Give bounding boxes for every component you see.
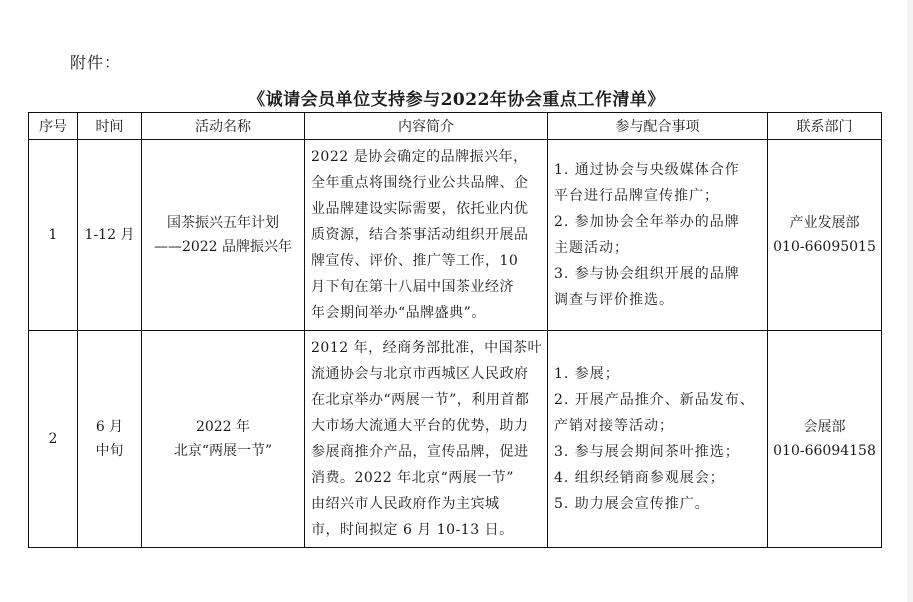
item-line: 平台进行品牌宣传推广； bbox=[554, 183, 763, 209]
item-line: 产销对接等活动； bbox=[554, 413, 763, 439]
desc-line: 大市场大流通大平台的优势，助力 bbox=[311, 413, 543, 439]
desc-line: 牌宣传、评价、推广等工作，10 bbox=[311, 248, 543, 274]
desc-line: 月下旬在第十八届中国茶业经济 bbox=[311, 274, 543, 300]
desc-line: 2022 是协会确定的品牌振兴年， bbox=[311, 144, 543, 170]
header-index: 序号 bbox=[29, 113, 78, 140]
desc-line: 市，时间拟定 6 月 10-13 日。 bbox=[311, 517, 543, 543]
table-header-row: 序号 时间 活动名称 内容简介 参与配合事项 联系部门 bbox=[29, 113, 882, 140]
row-activity: 2022 年 北京“两展一节” bbox=[142, 331, 305, 548]
header-department: 联系部门 bbox=[768, 113, 882, 140]
desc-line: 由绍兴市人民政府作为主宾城 bbox=[311, 491, 543, 517]
time-line: 1-12 月 bbox=[78, 223, 141, 247]
desc-line: 全年重点将围绕行业公共品牌、企 bbox=[311, 170, 543, 196]
row-department: 产业发展部 010-66095015 bbox=[768, 140, 882, 331]
attachment-label: 附件： bbox=[70, 50, 121, 73]
row-items: 1. 通过协会与央级媒体合作 平台进行品牌宣传推广； 2. 参加协会全年举办的品… bbox=[548, 140, 768, 331]
document-title: 《诚请会员单位支持参与2022年协会重点工作清单》 bbox=[0, 85, 913, 110]
desc-line: 年会期间举办“品牌盛典”。 bbox=[311, 300, 543, 326]
table-row: 2 6 月 中旬 2022 年 北京“两展一节” 2012 年，经商务部批准，中… bbox=[29, 331, 882, 548]
row-description: 2022 是协会确定的品牌振兴年， 全年重点将围绕行业公共品牌、企 业品牌建设实… bbox=[305, 140, 548, 331]
item-line: 1. 通过协会与央级媒体合作 bbox=[554, 157, 763, 183]
header-activity: 活动名称 bbox=[142, 113, 305, 140]
item-line: 2. 参加协会全年举办的品牌 bbox=[554, 209, 763, 235]
item-line: 调查与评价推选。 bbox=[554, 287, 763, 313]
item-line: 2. 开展产品推介、新品发布、 bbox=[554, 387, 763, 413]
activity-line: 国茶振兴五年计划 bbox=[142, 211, 304, 235]
activity-line: 2022 年 bbox=[142, 415, 304, 439]
item-line: 主题活动； bbox=[554, 235, 763, 261]
desc-line: 质资源，结合茶事活动组织开展品 bbox=[311, 222, 543, 248]
desc-line: 在北京举办“两展一节”，利用首都 bbox=[311, 387, 543, 413]
row-items: 1. 参展； 2. 开展产品推介、新品发布、 产销对接等活动； 3. 参与展会期… bbox=[548, 331, 768, 548]
department-name: 会展部 bbox=[768, 415, 881, 439]
desc-line: 业品牌建设实际需要，依托业内优 bbox=[311, 196, 543, 222]
work-list-table: 序号 时间 活动名称 内容简介 参与配合事项 联系部门 1 1-12 月 国茶振… bbox=[28, 112, 882, 548]
activity-line: ——2022 品牌振兴年 bbox=[142, 235, 304, 259]
desc-line: 流通协会与北京市西城区人民政府 bbox=[311, 361, 543, 387]
department-phone: 010-66094158 bbox=[768, 439, 881, 463]
row-time: 1-12 月 bbox=[78, 140, 142, 331]
desc-line: 2012 年，经商务部批准，中国茶叶 bbox=[311, 335, 543, 361]
row-description: 2012 年，经商务部批准，中国茶叶 流通协会与北京市西城区人民政府 在北京举办… bbox=[305, 331, 548, 548]
time-line: 6 月 bbox=[78, 415, 141, 439]
item-line: 3. 参与展会期间茶叶推选； bbox=[554, 439, 763, 465]
row-index: 2 bbox=[29, 331, 78, 548]
item-line: 5. 助力展会宣传推广。 bbox=[554, 491, 763, 517]
header-items: 参与配合事项 bbox=[548, 113, 768, 140]
row-activity: 国茶振兴五年计划 ——2022 品牌振兴年 bbox=[142, 140, 305, 331]
item-line: 3. 参与协会组织开展的品牌 bbox=[554, 261, 763, 287]
row-index: 1 bbox=[29, 140, 78, 331]
time-line: 中旬 bbox=[78, 439, 141, 463]
department-phone: 010-66095015 bbox=[768, 235, 881, 259]
activity-line: 北京“两展一节” bbox=[142, 439, 304, 463]
desc-line: 消费。2022 年北京“两展一节” bbox=[311, 465, 543, 491]
header-description: 内容简介 bbox=[305, 113, 548, 140]
row-department: 会展部 010-66094158 bbox=[768, 331, 882, 548]
item-line: 1. 参展； bbox=[554, 361, 763, 387]
desc-line: 参展商推介产品，宣传品牌，促进 bbox=[311, 439, 543, 465]
department-name: 产业发展部 bbox=[768, 211, 881, 235]
table-row: 1 1-12 月 国茶振兴五年计划 ——2022 品牌振兴年 2022 是协会确… bbox=[29, 140, 882, 331]
header-time: 时间 bbox=[78, 113, 142, 140]
row-time: 6 月 中旬 bbox=[78, 331, 142, 548]
item-line: 4. 组织经销商参观展会； bbox=[554, 465, 763, 491]
